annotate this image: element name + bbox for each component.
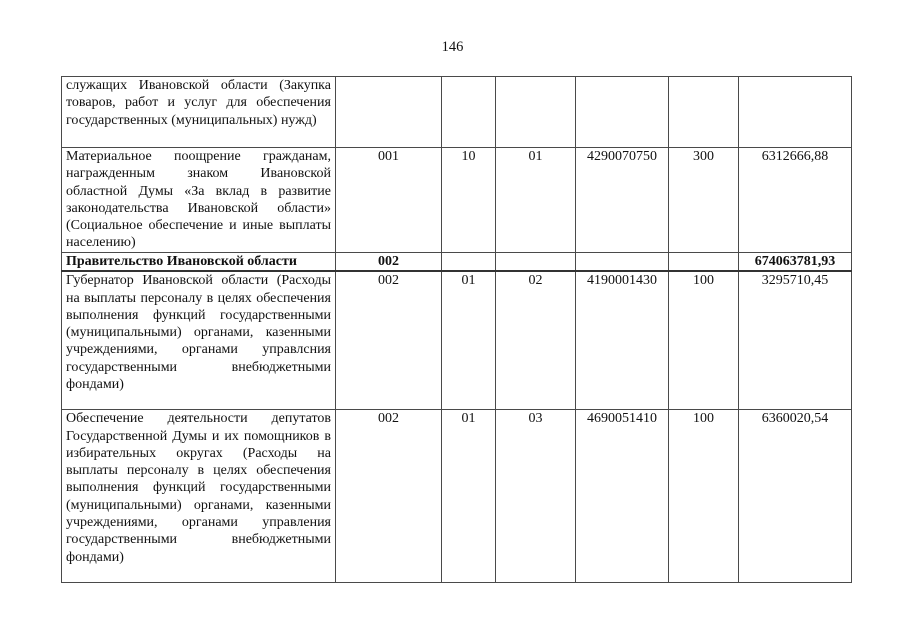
row-section: 01 bbox=[442, 271, 496, 410]
row-sum: 3295710,45 bbox=[739, 271, 852, 410]
row-ved-code bbox=[336, 77, 442, 148]
row-name: служащих Ивановской области (Закупка тов… bbox=[62, 77, 336, 148]
table-row: Губернатор Ивановской области (Расходы н… bbox=[62, 271, 852, 410]
row-ved-code: 002 bbox=[336, 271, 442, 410]
row-subsection bbox=[496, 253, 576, 272]
row-target-article bbox=[576, 253, 669, 272]
row-ved-code: 002 bbox=[336, 253, 442, 272]
row-subsection: 03 bbox=[496, 410, 576, 583]
row-section: 01 bbox=[442, 410, 496, 583]
row-sum: 674063781,93 bbox=[739, 253, 852, 272]
row-sum: 6360020,54 bbox=[739, 410, 852, 583]
row-target-article bbox=[576, 77, 669, 148]
row-target-article: 4290070750 bbox=[576, 148, 669, 253]
table-row-section-header: Правительство Ивановской области 002 674… bbox=[62, 253, 852, 272]
row-expense-type: 100 bbox=[669, 410, 739, 583]
row-name: Материальное поощрение гражданам, награж… bbox=[62, 148, 336, 253]
row-section: 10 bbox=[442, 148, 496, 253]
row-sum bbox=[739, 77, 852, 148]
row-target-article: 4190001430 bbox=[576, 271, 669, 410]
page-number: 146 bbox=[0, 38, 905, 56]
row-subsection: 01 bbox=[496, 148, 576, 253]
row-section bbox=[442, 253, 496, 272]
row-subsection bbox=[496, 77, 576, 148]
row-section bbox=[442, 77, 496, 148]
row-name: Правительство Ивановской области bbox=[62, 253, 336, 272]
row-ved-code: 001 bbox=[336, 148, 442, 253]
budget-table: служащих Ивановской области (Закупка тов… bbox=[61, 76, 852, 583]
table-row: Материальное поощрение гражданам, награж… bbox=[62, 148, 852, 253]
table-row: служащих Ивановской области (Закупка тов… bbox=[62, 77, 852, 148]
row-name: Обеспечение деятельности депутатов Госуд… bbox=[62, 410, 336, 583]
table-row: Обеспечение деятельности депутатов Госуд… bbox=[62, 410, 852, 583]
row-name: Губернатор Ивановской области (Расходы н… bbox=[62, 271, 336, 410]
row-expense-type: 100 bbox=[669, 271, 739, 410]
row-subsection: 02 bbox=[496, 271, 576, 410]
row-expense-type: 300 bbox=[669, 148, 739, 253]
row-sum: 6312666,88 bbox=[739, 148, 852, 253]
row-ved-code: 002 bbox=[336, 410, 442, 583]
row-target-article: 4690051410 bbox=[576, 410, 669, 583]
row-expense-type bbox=[669, 253, 739, 272]
row-expense-type bbox=[669, 77, 739, 148]
